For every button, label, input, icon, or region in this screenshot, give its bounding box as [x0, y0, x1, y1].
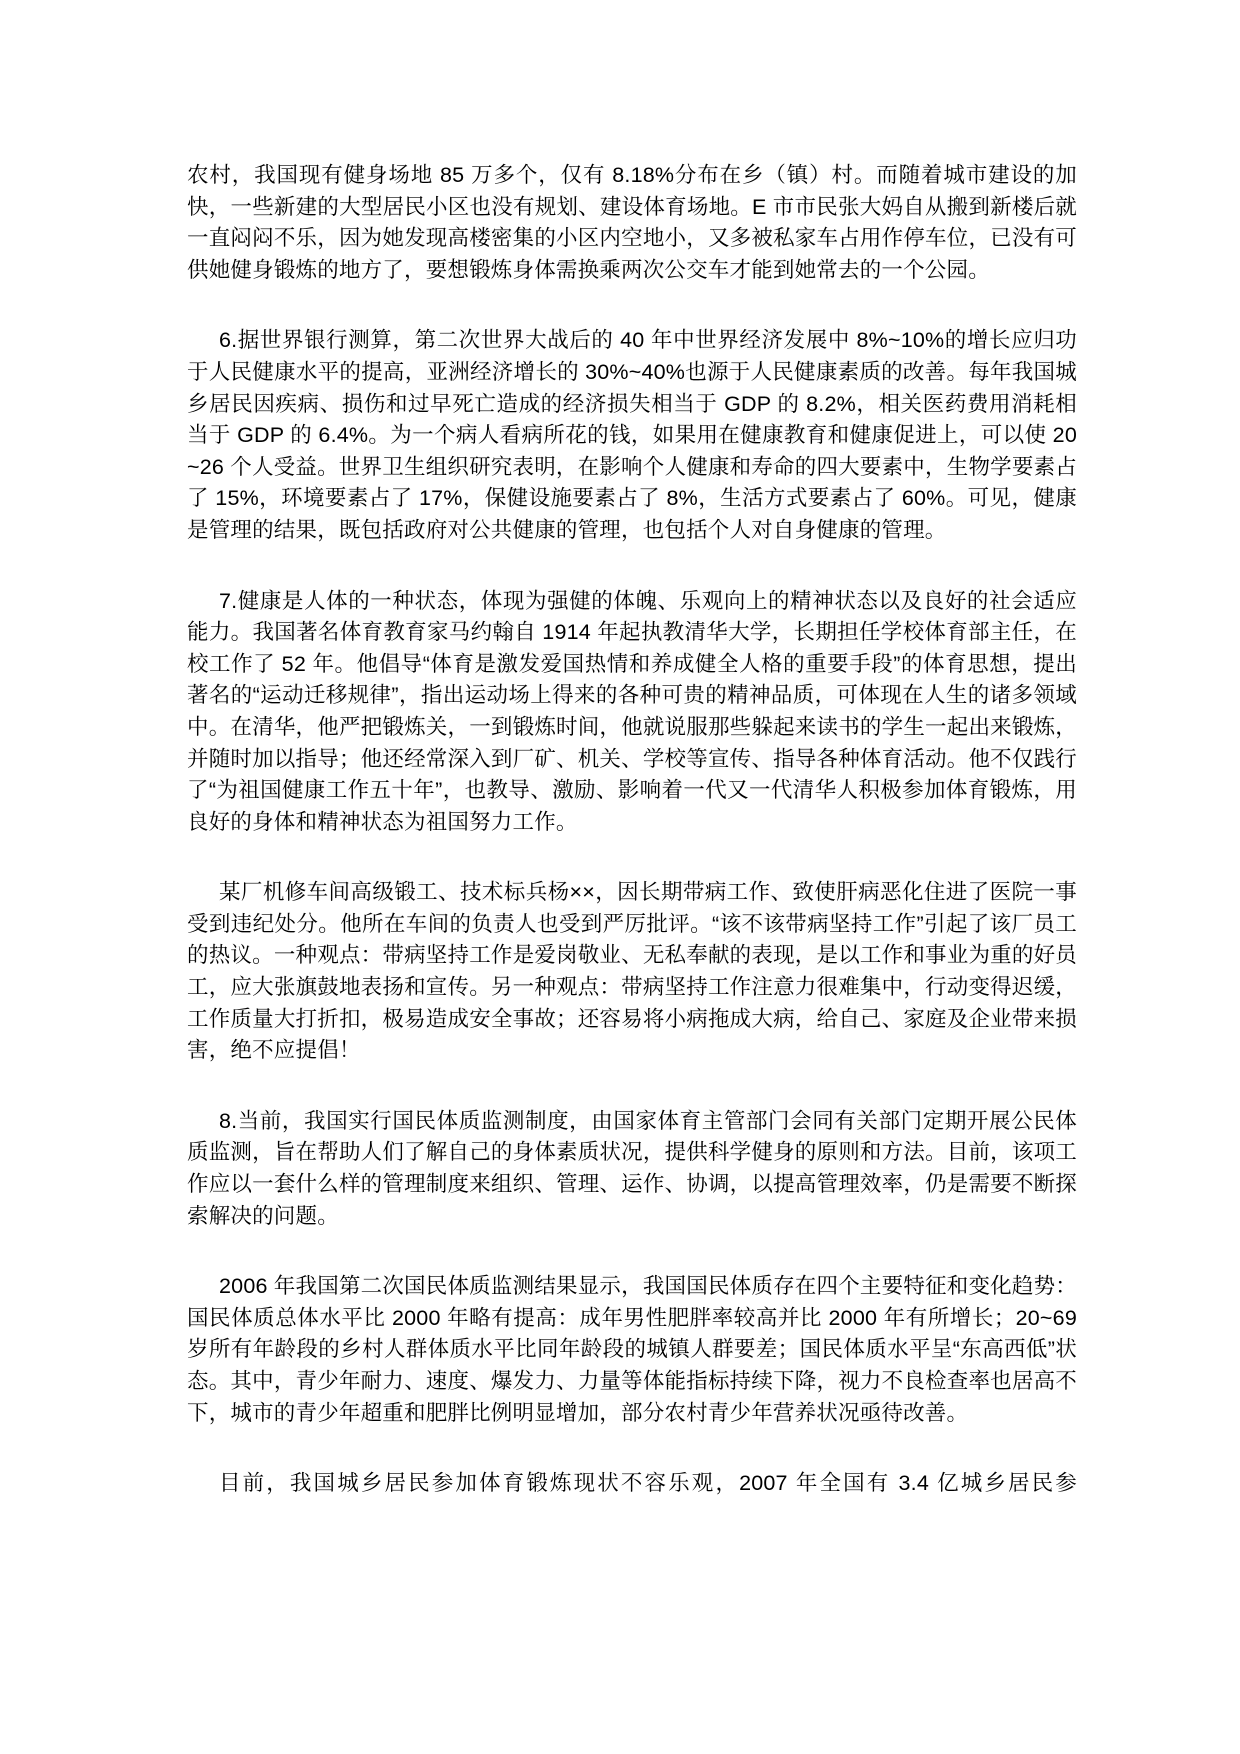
- paragraph: 目前，我国城乡居民参加体育锻炼现状不容乐观，2007 年全国有 3.4 亿城乡居…: [187, 1468, 1077, 1500]
- paragraph: 7.健康是人体的一种状态，体现为强健的体魄、乐观向上的精神状态以及良好的社会适应…: [187, 586, 1077, 839]
- paragraph: 某厂机修车间高级锻工、技术标兵杨××，因长期带病工作、致使肝病恶化住进了医院一事…: [187, 877, 1077, 1067]
- document-page: 农村，我国现有健身场地 85 万多个，仅有 8.18%分布在乡（镇）村。而随着城…: [0, 0, 1240, 1754]
- paragraph: 6.据世界银行测算，第二次世界大战后的 40 年中世界经济发展中 8%~10%的…: [187, 325, 1077, 546]
- paragraph: 2006 年我国第二次国民体质监测结果显示，我国国民体质存在四个主要特征和变化趋…: [187, 1271, 1077, 1429]
- paragraph: 农村，我国现有健身场地 85 万多个，仅有 8.18%分布在乡（镇）村。而随着城…: [187, 160, 1077, 286]
- paragraph: 8.当前，我国实行国民体质监测制度，由国家体育主管部门会同有关部门定期开展公民体…: [187, 1106, 1077, 1232]
